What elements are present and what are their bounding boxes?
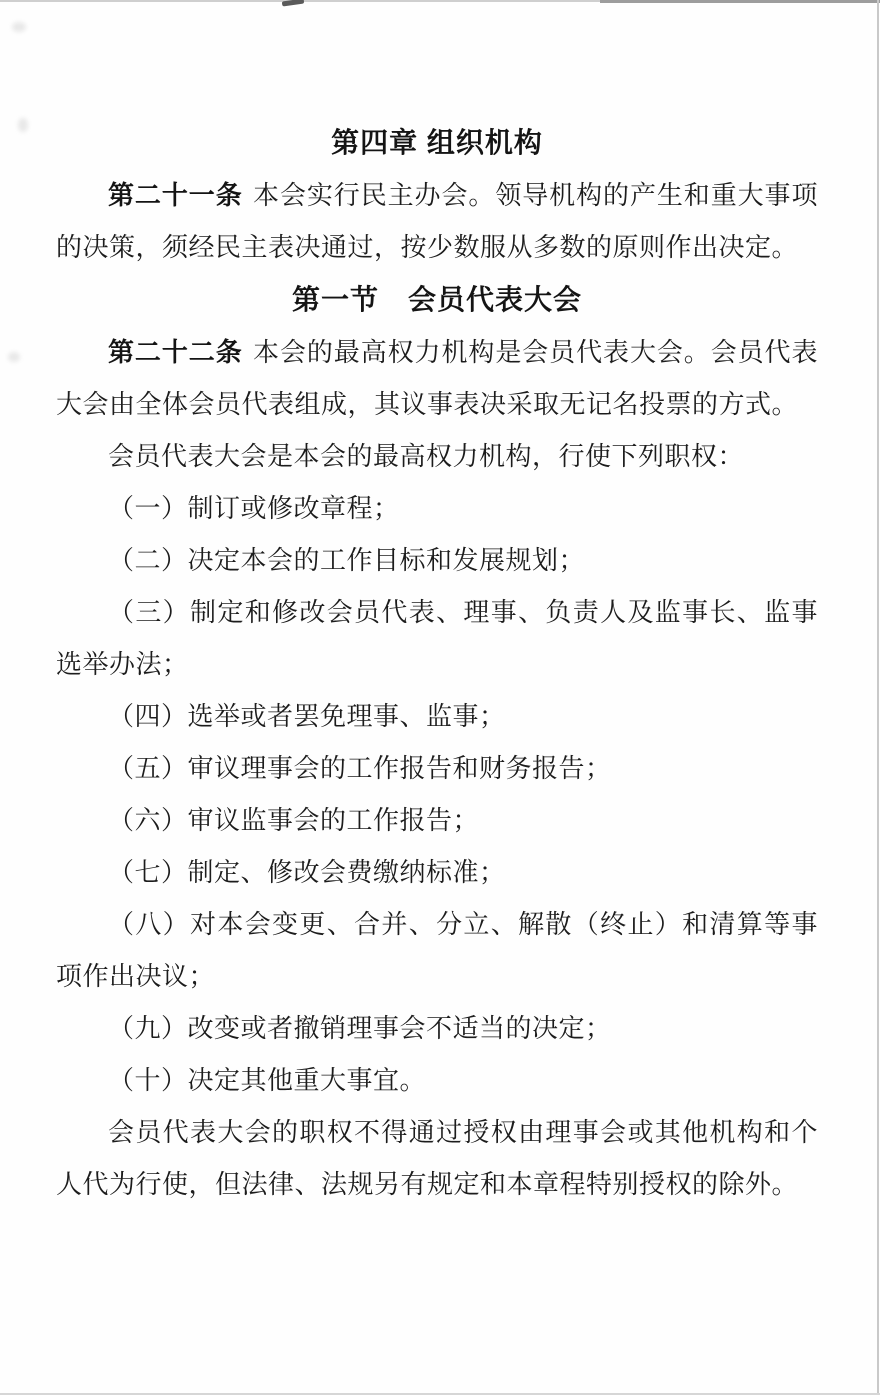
power-item-7: （七）制定、修改会费缴纳标准； [56, 847, 818, 899]
power-item-1: （一）制订或修改章程； [56, 483, 818, 535]
chapter-heading: 第四章 组织机构 [56, 117, 818, 169]
scan-artifact-smudge [18, 118, 28, 132]
scan-artifact-smudge [8, 352, 20, 362]
scan-artifact-right-line [877, 0, 879, 1395]
scan-artifact-smudge [12, 22, 26, 32]
article-21: 第二十一条本会实行民主办会。领导机构的产生和重大事项的决策，须经民主表决通过，按… [56, 169, 818, 274]
power-item-3: （三）制定和修改会员代表、理事、负责人及监事长、监事选举办法； [56, 587, 818, 691]
power-item-2: （二）决定本会的工作目标和发展规划； [56, 535, 818, 587]
article-22: 第二十二条本会的最高权力机构是会员代表大会。会员代表大会由全体会员代表组成，其议… [56, 326, 818, 431]
document-page: 第四章 组织机构 第二十一条本会实行民主办会。领导机构的产生和重大事项的决策，须… [0, 0, 880, 1395]
power-item-8: （八）对本会变更、合并、分立、解散（终止）和清算等事项作出决议； [56, 899, 818, 1003]
power-item-6: （六）审议监事会的工作报告； [56, 795, 818, 847]
closing-paragraph: 会员代表大会的职权不得通过授权由理事会或其他机构和个人代为行使，但法律、法规另有… [56, 1107, 818, 1211]
power-item-9: （九）改变或者撤销理事会不适当的决定； [56, 1003, 818, 1055]
document-body: 第四章 组织机构 第二十一条本会实行民主办会。领导机构的产生和重大事项的决策，须… [56, 117, 818, 1211]
article-22-label: 第二十二条 [108, 337, 243, 367]
power-item-5: （五）审议理事会的工作报告和财务报告； [56, 743, 818, 795]
article-21-label: 第二十一条 [108, 180, 243, 210]
section-heading: 第一节 会员代表大会 [56, 274, 818, 326]
scan-artifact-top-line-dark [600, 0, 880, 3]
power-item-10: （十）决定其他重大事宜。 [56, 1055, 818, 1107]
scan-artifact-dash [282, 0, 304, 7]
powers-intro: 会员代表大会是本会的最高权力机构，行使下列职权： [56, 431, 818, 483]
power-item-4: （四）选举或者罢免理事、监事； [56, 691, 818, 743]
